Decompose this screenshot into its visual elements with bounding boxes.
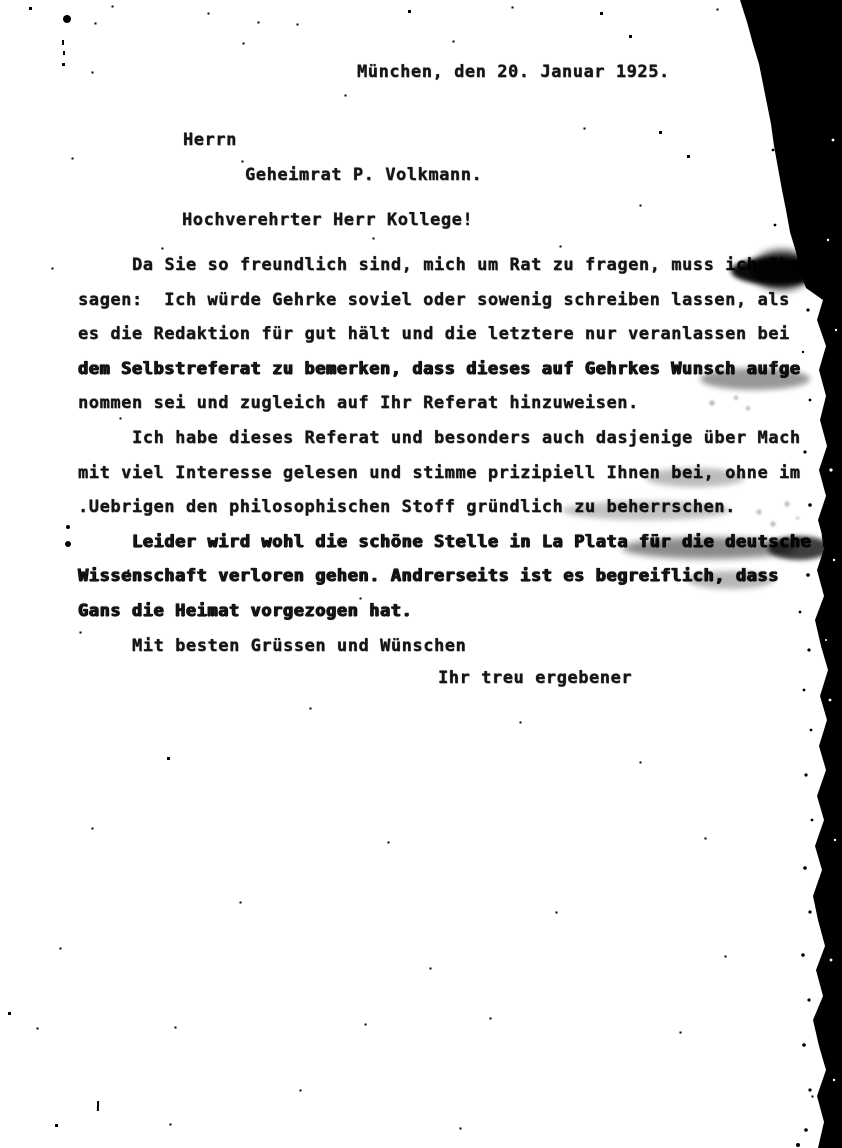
- signoff-line: Ihr treu ergebener: [438, 668, 632, 688]
- letter-line: Gans die Heimat vorgezogen hat.: [78, 594, 818, 629]
- letter-line: Ich habe dieses Referat und besonders au…: [78, 421, 818, 456]
- letter-body: Da Sie so freundlich sind, mich um Rat z…: [78, 248, 818, 663]
- letter-line: sagen: Ich würde Gehrke soviel oder sowe…: [78, 283, 818, 318]
- recipient-name: Geheimrat P. Volkmann.: [245, 165, 482, 185]
- stray-ink-dot: [66, 525, 70, 529]
- letter-line: es die Redaktion für gut hält und die le…: [78, 317, 818, 352]
- paper-specks: [0, 0, 1, 1]
- letter-line: Da Sie so freundlich sind, mich um Rat z…: [78, 248, 818, 283]
- scanned-letter-page: München, den 20. Januar 1925. Herrn Gehe…: [0, 0, 842, 1148]
- letter-date-line: München, den 20. Januar 1925.: [357, 62, 670, 82]
- salutation: Hochverehrter Herr Kollege!: [182, 210, 473, 230]
- stray-ink-dot: [65, 541, 71, 547]
- recipient-title: Herrn: [183, 130, 237, 150]
- stray-mark: [63, 51, 65, 55]
- scan-edge-artifact: [712, 0, 842, 1148]
- letter-line: Mit besten Grüssen und Wünschen: [78, 629, 818, 664]
- stray-mark: [62, 40, 64, 45]
- stray-mark: [62, 63, 65, 66]
- ink-smudge: [562, 501, 730, 520]
- stray-mark: [97, 1101, 99, 1111]
- stray-ink-dot: [63, 15, 71, 23]
